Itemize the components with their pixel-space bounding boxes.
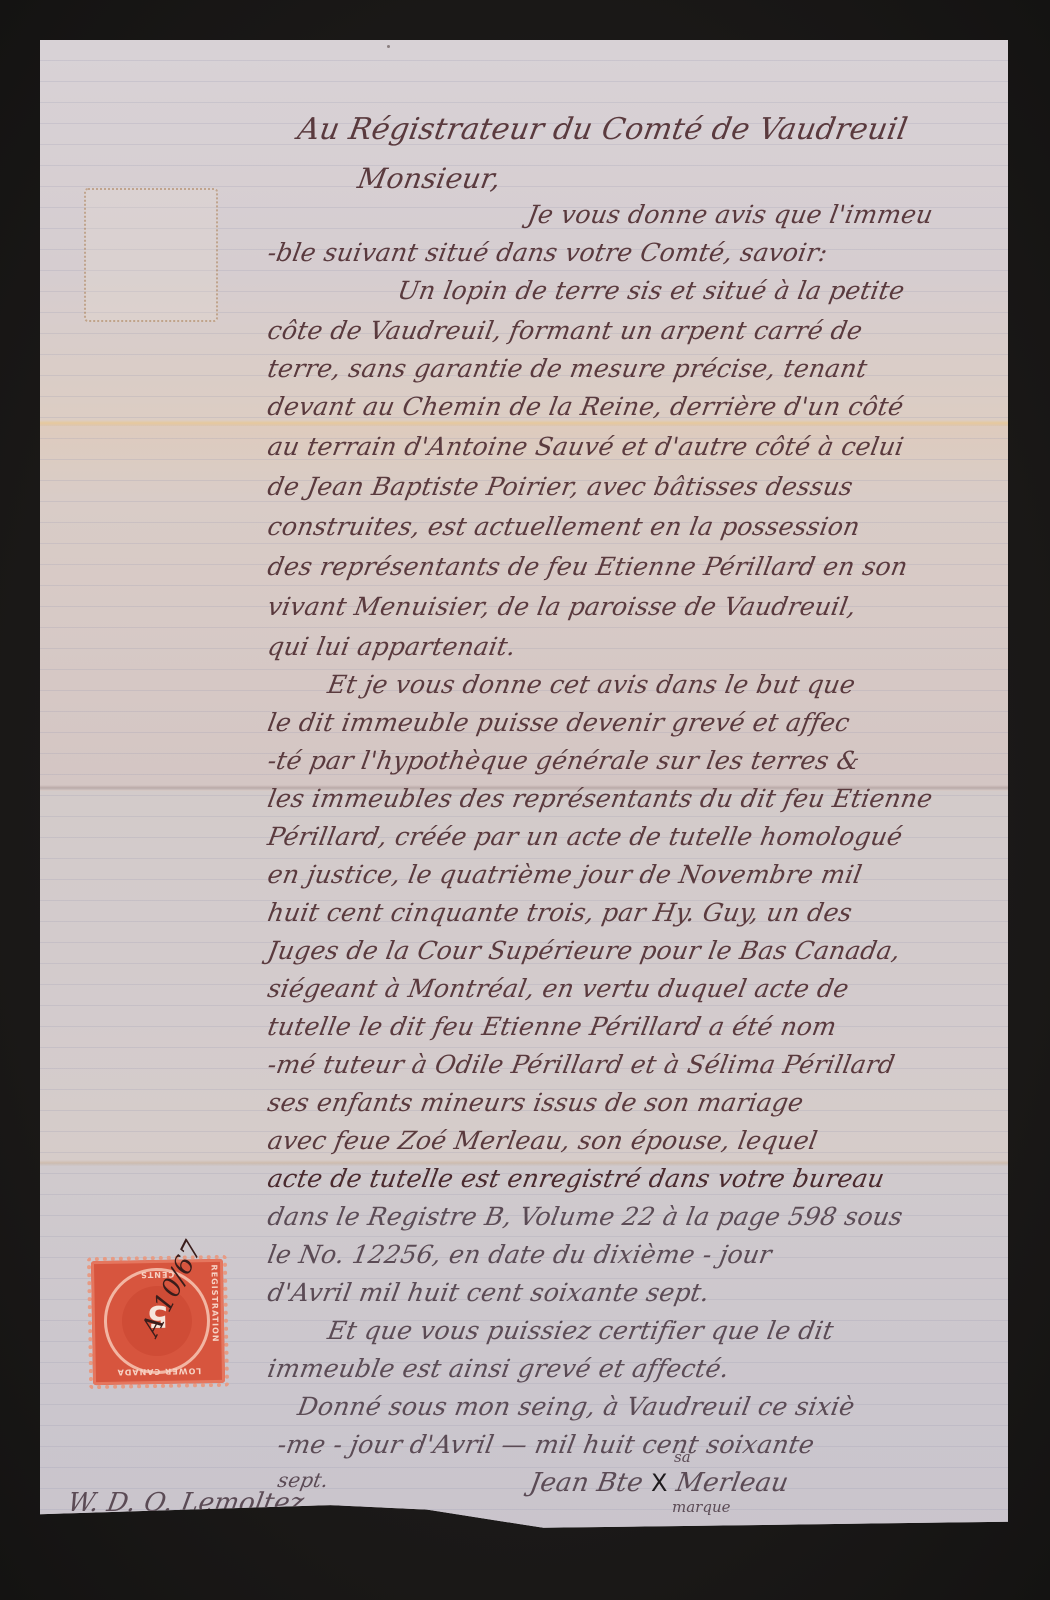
body-line: des représentants de feu Etienne Périlla… bbox=[265, 552, 910, 581]
body-line: Juges de la Cour Supérieure pour le Bas … bbox=[265, 936, 902, 965]
body-line: -té par l'hypothèque générale sur les te… bbox=[265, 746, 862, 775]
revenue-stamp: 5 CENTS LOWER CANADA REGISTRATION A 10/6… bbox=[91, 1259, 225, 1385]
address-line: Au Régistrateur du Comté de Vaudreuil bbox=[295, 112, 910, 147]
body-line: en justice, le quatrième jour de Novembr… bbox=[265, 860, 864, 889]
body-line: Donné sous mon seing, à Vaudreuil ce six… bbox=[295, 1392, 857, 1421]
body-line: construites, est actuellement en la poss… bbox=[265, 512, 862, 541]
signature-mark-below: marque bbox=[672, 1498, 730, 1516]
signature: Jean Bte X Merleau bbox=[527, 1468, 791, 1498]
body-line: huit cent cinquante trois, par Hy. Guy, … bbox=[265, 898, 854, 927]
signature-mark: X bbox=[651, 1469, 668, 1497]
body-line: -ble suivant situé dans votre Comté, sav… bbox=[265, 238, 829, 267]
body-line: Un lopin de terre sis et situé à la peti… bbox=[395, 276, 906, 305]
body-line: vivant Menuisier, de la paroisse de Vaud… bbox=[265, 592, 858, 621]
body-line: Je vous donne avis que l'immeu bbox=[525, 200, 935, 229]
body-line: côte de Vaudreuil, formant un arpent car… bbox=[265, 316, 864, 345]
body-line: immeuble est ainsi grevé et affecté. bbox=[265, 1354, 731, 1383]
body-line: d'Avril mil huit cent soixante sept. bbox=[265, 1278, 711, 1307]
body-line: au terrain d'Antoine Sauvé et d'autre cô… bbox=[265, 432, 906, 461]
body-line: le No. 12256, en date du dixième - jour bbox=[265, 1240, 774, 1269]
signature-first-name: Jean Bte bbox=[527, 1468, 645, 1498]
body-line: le dit immeuble puisse devenir grevé et … bbox=[265, 708, 852, 737]
body-line: dans le Registre B, Volume 22 à la page … bbox=[265, 1202, 905, 1231]
body-line: qui lui appartenait. bbox=[265, 632, 518, 661]
body-line: de Jean Baptiste Poirier, avec bâtisses … bbox=[265, 472, 855, 501]
body-line: avec feue Zoé Merleau, son épouse, leque… bbox=[265, 1126, 819, 1155]
salutation: Monsieur, bbox=[355, 162, 503, 195]
body-line: terre, sans garantie de mesure précise, … bbox=[265, 354, 869, 383]
stamp-country: LOWER CANADA bbox=[93, 1366, 225, 1377]
signature-last-name: Merleau bbox=[674, 1468, 791, 1498]
signature-mark-above: sa bbox=[674, 1448, 691, 1466]
body-line: tutelle le dit feu Etienne Périllard a é… bbox=[265, 1012, 838, 1041]
body-line: Et que vous puissiez certifier que le di… bbox=[325, 1316, 835, 1345]
body-line: les immeubles des représentants du dit f… bbox=[265, 784, 934, 813]
stamp-purpose: REGISTRATION bbox=[209, 1264, 219, 1342]
body-line: Et je vous donne cet avis dans le but qu… bbox=[325, 670, 857, 699]
body-line: -me - jour d'Avril — mil huit cent soixa… bbox=[275, 1430, 816, 1459]
body-line: Périllard, créée par un acte de tutelle … bbox=[265, 822, 904, 851]
body-line: devant au Chemin de la Reine, derrière d… bbox=[265, 392, 905, 421]
body-line: acte de tutelle est enregistré dans votr… bbox=[265, 1164, 886, 1193]
body-line: siégeant à Montréal, en vertu duquel act… bbox=[265, 974, 851, 1003]
stamp-denomination: CENTS bbox=[91, 1269, 223, 1280]
document-page: Au Régistrateur du Comté de Vaudreuil Mo… bbox=[40, 40, 1008, 1552]
body-line: ses enfants mineurs issus de son mariage bbox=[265, 1088, 805, 1117]
body-line: -mé tuteur à Odile Périllard et à Sélima… bbox=[265, 1050, 897, 1079]
